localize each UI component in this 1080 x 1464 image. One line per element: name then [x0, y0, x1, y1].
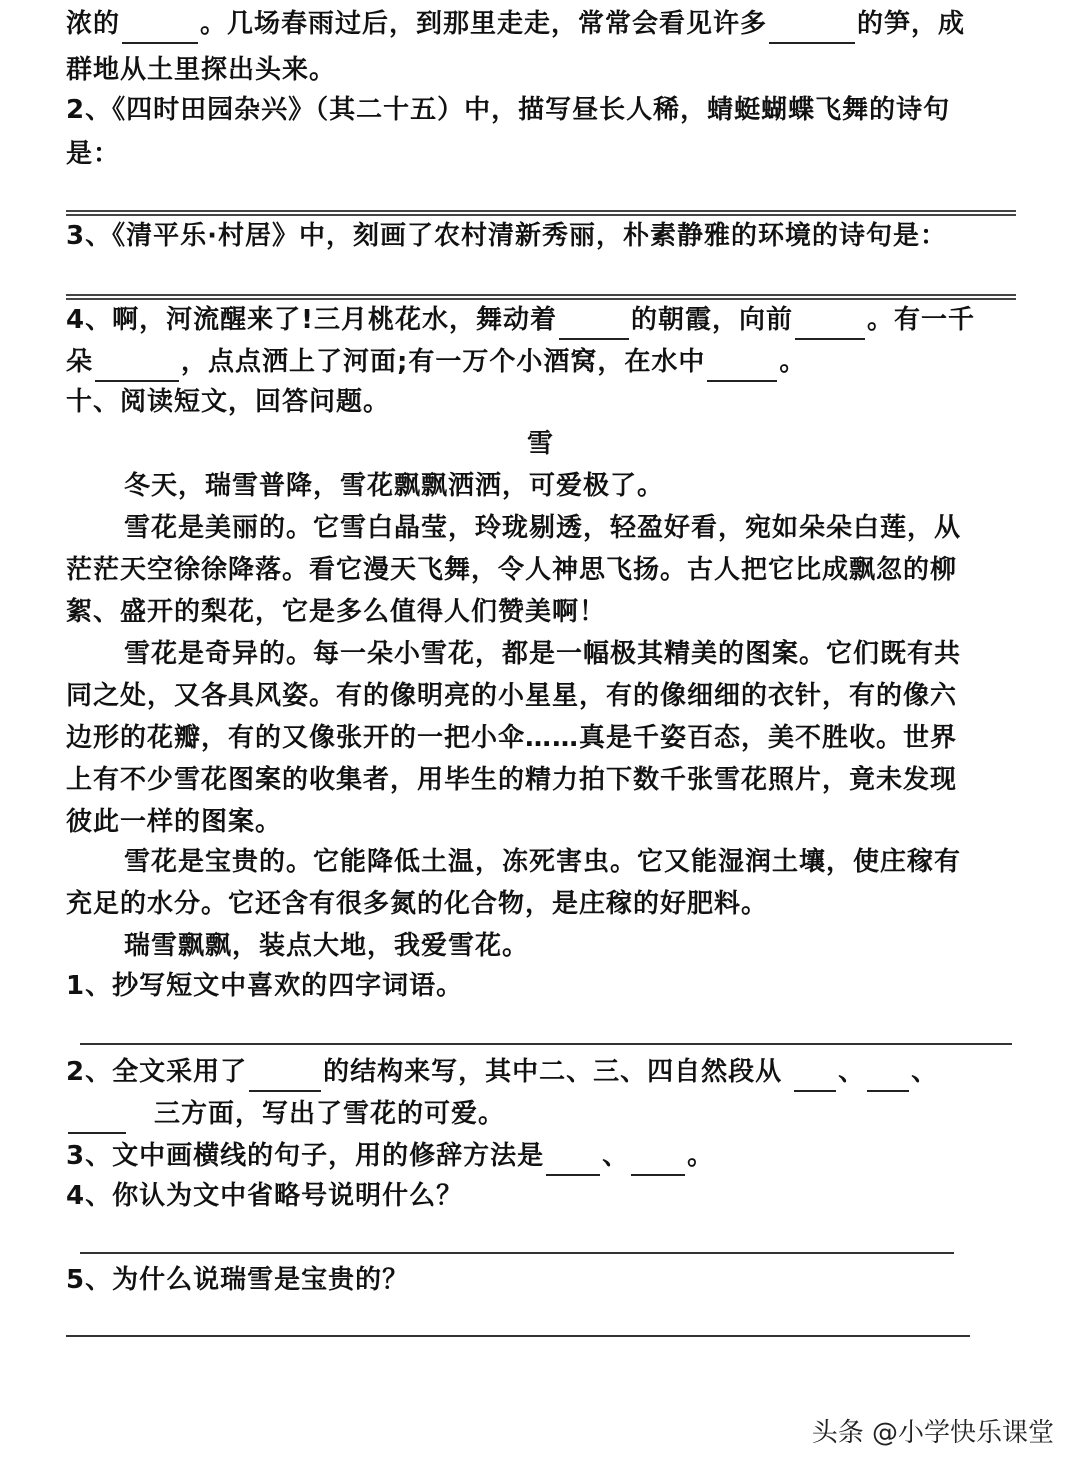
text-segment: ，点点洒上了河面;有一万个小酒窝，在水中 — [181, 347, 705, 377]
paragraph-3-line: 边形的花瓣，有的又像张开的一把小伞……真是千姿百态，美不胜收。世界 — [66, 718, 957, 758]
paragraph-2-line: 茫茫天空徐徐降落。看它漫天飞舞，令人神思飞扬。古人把它比成飘忽的柳 — [66, 550, 957, 590]
text-segment: 。 — [687, 1141, 714, 1171]
reading-question-1: 1、抄写短文中喜欢的四字词语。 — [66, 966, 463, 1006]
text-segment: 、 — [602, 1141, 629, 1171]
paragraph-4-line: 充足的水分。它还含有很多氮的化合物，是庄稼的好肥料。 — [66, 884, 768, 924]
answer-blank[interactable] — [249, 1062, 321, 1092]
watermark: 头条 @小学快乐课堂 — [812, 1412, 1054, 1449]
paragraph-2-line: 雪花是美丽的。它雪白晶莹，玲珑剔透，轻盈好看，宛如朵朵白莲，从 — [124, 508, 961, 548]
text-segment: 、 — [911, 1057, 938, 1087]
section-heading: 十、阅读短文，回答问题。 — [66, 382, 390, 422]
paragraph-1-line: 冬天，瑞雪普降，雪花飘飘洒洒，可爱极了。 — [124, 466, 664, 506]
paragraph-4-line: 雪花是宝贵的。它能降低土温，冻死害虫。它又能湿润土壤，使庄稼有 — [124, 842, 961, 882]
reading-question-4: 4、你认为文中省略号说明什么？ — [66, 1176, 463, 1216]
text-segment: 的朝霞，向前 — [631, 305, 793, 335]
passage-title: 雪 — [0, 424, 1080, 464]
paragraph-3-line: 彼此一样的图案。 — [66, 802, 282, 842]
answer-line-rq4[interactable] — [80, 1252, 954, 1254]
reading-question-5: 5、为什么说瑞雪是宝贵的？ — [66, 1260, 409, 1300]
answer-blank[interactable] — [122, 14, 198, 44]
text-segment: 。几场春雨过后，到那里走走，常常会看见许多 — [200, 9, 767, 39]
answer-blank[interactable] — [95, 352, 179, 382]
reading-question-3: 3、文中画横线的句子，用的修辞方法是、。 — [66, 1136, 714, 1176]
reading-question-2-line1: 2、全文采用了的结构来写，其中二、三、四自然段从、、 — [66, 1052, 938, 1092]
paragraph-5-line: 瑞雪飘飘，装点大地，我爱雪花。 — [124, 926, 529, 966]
question-4-line1: 4、啊，河流醒来了!三月桃花水，舞动着的朝霞，向前。有一千 — [66, 300, 975, 340]
text-segment: 4、啊，河流醒来了!三月桃花水，舞动着 — [66, 305, 557, 335]
text-line: 浓的。几场春雨过后，到那里走走，常常会看见许多的笋，成 — [66, 4, 965, 44]
paragraph-3-line: 上有不少雪花图案的收集者，用毕生的精力拍下数千张雪花照片，竟未发现 — [66, 760, 957, 800]
question-4-line2: 朵，点点洒上了河面;有一万个小酒窝，在水中。 — [66, 342, 806, 382]
text-segment: 朵 — [66, 347, 93, 377]
answer-blank[interactable] — [546, 1146, 600, 1176]
question-2-text: 2、《四时田园杂兴》（其二十五）中，描写昼长人稀，蜻蜓蝴蝶飞舞的诗句 — [66, 90, 950, 130]
text-line: 群地从土里探出头来。 — [66, 50, 336, 90]
answer-line-rq5[interactable] — [66, 1335, 970, 1337]
paragraph-3-line: 同之处，又各具风姿。有的像明亮的小星星，有的像细细的衣针，有的像六 — [66, 676, 957, 716]
text-segment: 的笋，成 — [857, 9, 965, 39]
answer-blank[interactable] — [867, 1062, 909, 1092]
answer-blank[interactable] — [559, 310, 629, 340]
text-segment: 三方面，写出了雪花的可爱。 — [154, 1099, 505, 1129]
answer-blank[interactable] — [707, 352, 777, 382]
answer-blank[interactable] — [68, 1104, 126, 1134]
question-2-text-cont: 是： — [66, 134, 120, 174]
text-segment: 3、文中画横线的句子，用的修辞方法是 — [66, 1141, 544, 1171]
question-3-text: 3、《清平乐·村居》中，刻画了农村清新秀丽，朴素静雅的环境的诗句是： — [66, 216, 947, 256]
text-segment: 。 — [779, 347, 806, 377]
paragraph-2-line: 絮、盛开的梨花，它是多么值得人们赞美啊！ — [66, 592, 606, 632]
answer-blank[interactable] — [769, 14, 855, 44]
text-segment: 浓的 — [66, 9, 120, 39]
text-segment: 的结构来写，其中二、三、四自然段从 — [323, 1057, 782, 1087]
paragraph-3-line: 雪花是奇异的。每一朵小雪花，都是一幅极其精美的图案。它们既有共 — [124, 634, 961, 674]
text-segment: 、 — [838, 1057, 865, 1087]
text-segment: 2、全文采用了 — [66, 1057, 247, 1087]
answer-blank[interactable] — [631, 1146, 685, 1176]
answer-blank[interactable] — [794, 1062, 836, 1092]
answer-blank[interactable] — [795, 310, 865, 340]
reading-question-2-line2: 三方面，写出了雪花的可爱。 — [66, 1094, 505, 1134]
text-segment: 。有一千 — [867, 305, 975, 335]
answer-line-rq1[interactable] — [80, 1043, 1012, 1045]
